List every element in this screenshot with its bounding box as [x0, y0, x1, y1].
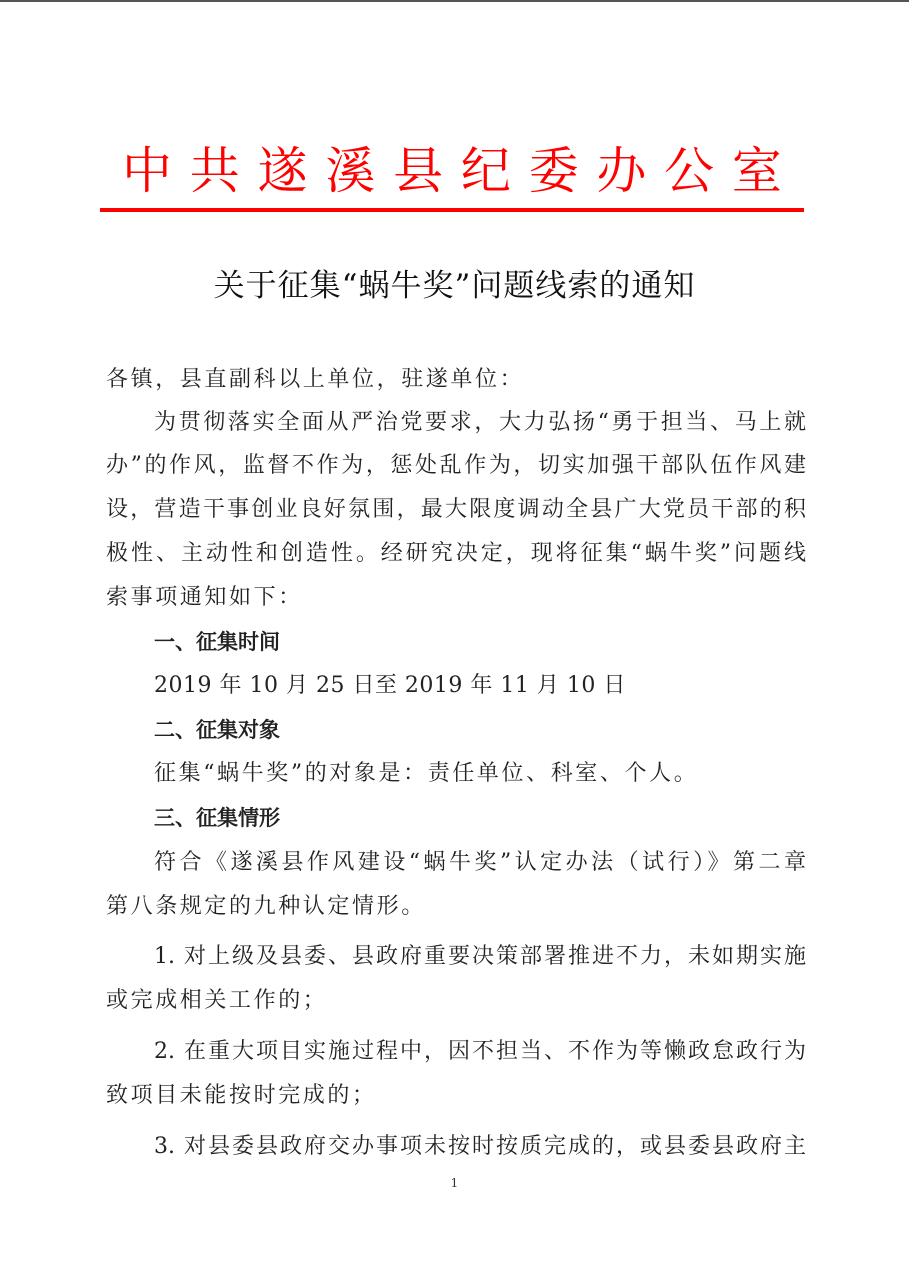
list-item-1-line: 或完成相关工作的；: [106, 985, 806, 1017]
intro-line: 极性、主动性和创造性。经研究决定，现将征集“蜗牛奖”问题线: [106, 538, 806, 570]
letterhead-char: 室: [732, 138, 782, 204]
section-heading-circumstances: 三、征集情形: [154, 802, 280, 834]
section-heading-time: 一、征集时间: [154, 626, 280, 658]
letterhead-char: 溪: [325, 138, 375, 204]
intro-line: 设，营造干事创业良好氛围，最大限度调动全县广大党员干部的积: [106, 494, 806, 526]
section-content-time: 2019 年 10 月 25 日至 2019 年 11 月 10 日: [154, 670, 806, 702]
section-content-target: 征集“蜗牛奖”的对象是：责任单位、科室、个人。: [154, 758, 806, 790]
document-title: 关于征集“蜗牛奖”问题线索的通知: [0, 262, 909, 310]
letterhead-char: 共: [190, 138, 240, 204]
letterhead-char: 办: [596, 138, 646, 204]
section-heading-target: 二、征集对象: [154, 714, 280, 746]
salutation: 各镇，县直副科以上单位，驻遂单位：: [106, 364, 806, 396]
page-top-border: [0, 0, 909, 2]
letterhead-char: 遂: [258, 138, 308, 204]
list-item-3-line: 3. 对县委县政府交办事项未按时按质完成的，或县委县政府主: [154, 1131, 806, 1163]
list-item-2-line: 2. 在重大项目实施过程中，因不担当、不作为等懒政怠政行为: [154, 1036, 806, 1068]
list-item-1-line: 1. 对上级及县委、县政府重要决策部署推进不力，未如期实施: [154, 941, 806, 973]
letterhead-char: 县: [393, 138, 443, 204]
section-content-line: 符合《遂溪县作风建设“蜗牛奖”认定办法（试行）》第二章: [154, 847, 806, 879]
intro-line: 办”的作风，监督不作为，惩处乱作为，切实加强干部队伍作风建: [106, 450, 806, 482]
letterhead-char: 纪: [461, 138, 511, 204]
intro-line: 索事项通知如下：: [106, 582, 806, 614]
intro-line: 为贯彻落实全面从严治党要求，大力弘扬“勇于担当、马上就: [154, 407, 806, 439]
section-content-line: 第八条规定的九种认定情形。: [106, 891, 806, 923]
letterhead-title: 中 共 遂 溪 县 纪 委 办 公 室: [100, 138, 804, 204]
letterhead-char: 委: [529, 138, 579, 204]
letterhead-char: 公: [664, 138, 714, 204]
letterhead-red-rule: [100, 208, 804, 212]
page-number: 1: [0, 1176, 909, 1190]
list-item-2-line: 致项目未能按时完成的；: [106, 1080, 806, 1112]
letterhead-char: 中: [122, 138, 172, 204]
